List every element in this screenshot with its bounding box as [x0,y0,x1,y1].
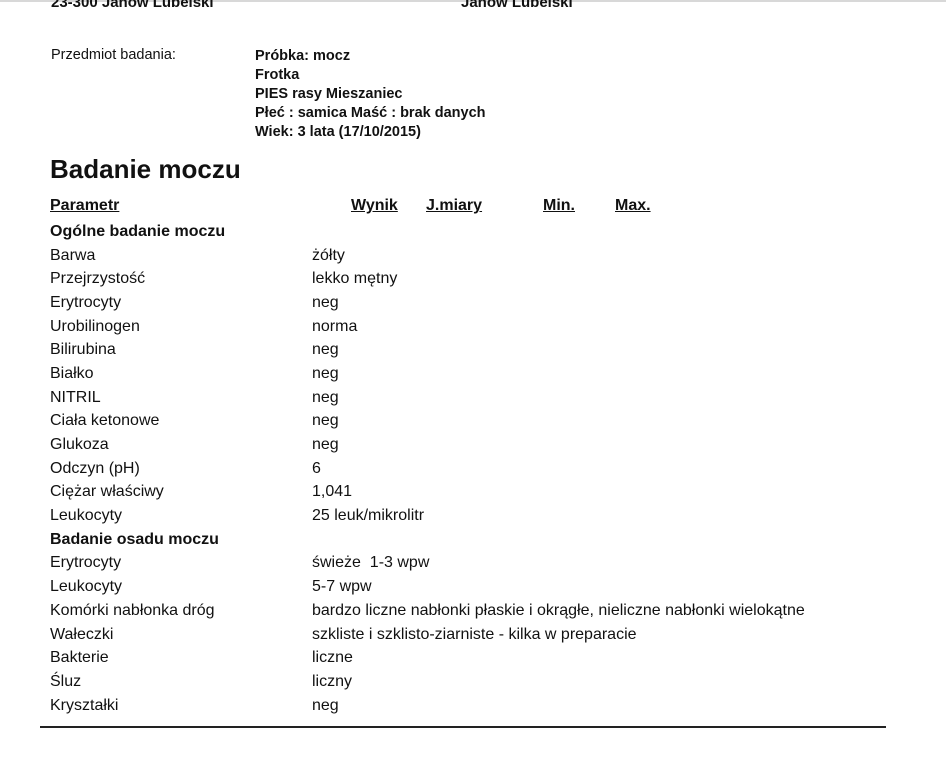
result-value: bardzo liczne nabłonki płaskie i okrągłe… [312,602,900,620]
result-value: neg [312,294,900,312]
subject-details: Próbka: mocz Frotka PIES rasy Mieszaniec… [255,47,486,142]
column-header-min: Min. [543,197,575,215]
table-row: Leukocyty25 leuk/mikrolitr [50,504,900,528]
result-value: 6 [312,460,900,478]
results-table: Ogólne badanie moczuBarważółtyPrzejrzyst… [50,220,900,717]
parameter-name: Glukoza [50,436,312,454]
table-row: Białkoneg [50,362,900,386]
subject-sample: Próbka: mocz [255,47,486,66]
parameter-name: Urobilinogen [50,318,312,336]
parameter-name: Białko [50,365,312,383]
parameter-name: Bilirubina [50,341,312,359]
parameter-name: Wałeczki [50,626,312,644]
table-row: Kryształkineg [50,694,900,718]
result-value: żółty [312,247,900,265]
parameter-name: Leukocyty [50,578,312,596]
table-row: Bakterieliczne [50,646,900,670]
result-value: szkliste i szklisto-ziarniste - kilka w … [312,626,900,644]
section-heading: Ogólne badanie moczu [50,220,900,244]
table-row: NITRILneg [50,386,900,410]
subject-label: Przedmiot badania: [51,47,176,63]
parameter-name: Ciężar właściwy [50,483,312,501]
parameter-name: Bakterie [50,649,312,667]
result-value: neg [312,341,900,359]
section-title: Badanie osadu moczu [50,531,550,549]
result-value: norma [312,318,900,336]
result-value: lekko mętny [312,270,900,288]
header-address-right: Janów Lubelski [461,0,573,11]
table-row: Wałeczkiszkliste i szklisto-ziarniste - … [50,623,900,647]
table-row: Leukocyty5-7 wpw [50,575,900,599]
subject-animal-name: Frotka [255,66,486,85]
parameter-name: Śluz [50,673,312,691]
table-row: Ciężar właściwy1,041 [50,481,900,505]
parameter-name: Kryształki [50,697,312,715]
parameter-name: Erytrocyty [50,554,312,572]
section-title: Ogólne badanie moczu [50,223,550,241]
column-header-max: Max. [615,197,651,215]
table-row: Bilirubinaneg [50,338,900,362]
section-heading: Badanie osadu moczu [50,528,900,552]
subject-sex-color: Płeć : samica Maść : brak danych [255,104,486,123]
parameter-name: NITRIL [50,389,312,407]
table-row: Glukozaneg [50,433,900,457]
result-value: liczne [312,649,900,667]
result-value: świeże 1-3 wpw [312,554,900,572]
column-header-jmiary: J.miary [426,197,482,215]
parameter-name: Erytrocyty [50,294,312,312]
table-row: Śluzliczny [50,670,900,694]
column-header-parametr: Parametr [50,197,119,215]
table-row: Erytrocytyświeże 1-3 wpw [50,552,900,576]
bottom-divider [40,726,886,728]
header-address-left: 23-300 Janów Lubelski [51,0,214,11]
table-row: Przejrzystośćlekko mętny [50,267,900,291]
result-value: 1,041 [312,483,900,501]
result-value: neg [312,436,900,454]
table-row: Komórki nabłonka drógbardzo liczne nabło… [50,599,900,623]
parameter-name: Komórki nabłonka dróg [50,602,312,620]
table-row: Ciała ketonoweneg [50,410,900,434]
parameter-name: Leukocyty [50,507,312,525]
result-value: neg [312,365,900,383]
table-row: Odczyn (pH)6 [50,457,900,481]
parameter-name: Barwa [50,247,312,265]
result-value: liczny [312,673,900,691]
parameter-name: Ciała ketonowe [50,412,312,430]
subject-species: PIES rasy Mieszaniec [255,85,486,104]
result-value: neg [312,412,900,430]
result-value: neg [312,389,900,407]
column-header-wynik: Wynik [351,197,398,215]
result-value: 25 leuk/mikrolitr [312,507,900,525]
parameter-name: Odczyn (pH) [50,460,312,478]
parameter-name: Przejrzystość [50,270,312,288]
result-value: neg [312,697,900,715]
table-row: Erytrocytyneg [50,291,900,315]
subject-age: Wiek: 3 lata (17/10/2015) [255,123,486,142]
result-value: 5-7 wpw [312,578,900,596]
table-row: Urobilinogennorma [50,315,900,339]
page-title: Badanie moczu [50,154,241,185]
table-row: Barważółty [50,244,900,268]
